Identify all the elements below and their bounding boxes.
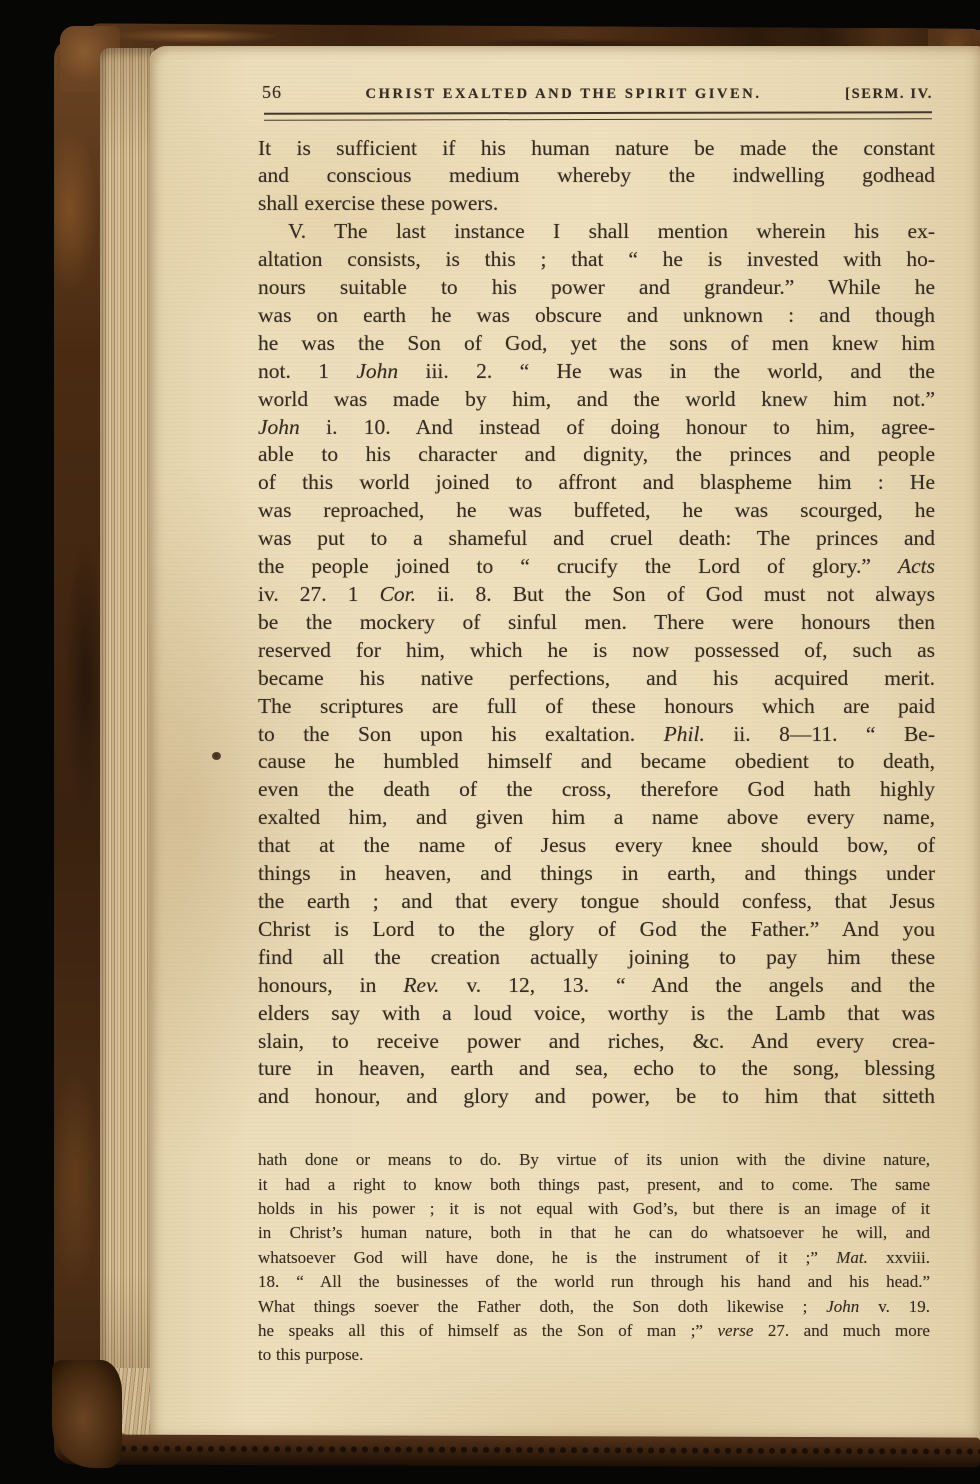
body-text-line: nours suitable to his power and grandeur… — [258, 274, 935, 302]
body-text-line: shall exercise these powers. — [258, 190, 935, 218]
body-text-line: It is sufficient if his human nature be … — [258, 135, 935, 163]
body-text-line: became his native perfections, and his a… — [258, 665, 935, 693]
body-text-line: the people joined to “ crucify the Lord … — [258, 553, 935, 581]
footnote-line: it had a right to know both things past,… — [258, 1173, 930, 1197]
body-text-line: be the mockery of sinful men. There were… — [258, 609, 935, 637]
body-text-line: was reproached, he was buffeted, he was … — [258, 497, 935, 525]
footnote-text: hath done or means to do. By virtue of i… — [258, 1148, 930, 1368]
body-text-line: was put to a shameful and cruel death: T… — [258, 525, 935, 553]
page-number: 56 — [262, 82, 282, 103]
footnote-line: in Christ’s human nature, both in that h… — [258, 1221, 930, 1245]
ink-spot — [212, 752, 221, 760]
book-cover-bottom-edge — [56, 1434, 980, 1467]
body-text-line: find all the creation actually joining t… — [258, 944, 935, 972]
body-text-line: altation consists, is this ; that “ he i… — [258, 246, 935, 274]
footnote-line: he speaks all this of himself as the Son… — [258, 1319, 930, 1343]
body-text-line: even the death of the cross, therefore G… — [258, 776, 935, 804]
page-fore-edges — [100, 48, 154, 1438]
footnote-line: whatsoever God will have done, he is the… — [258, 1246, 930, 1270]
body-text-line: the earth ; and that every tongue should… — [258, 888, 935, 916]
body-text-line: things in heaven, and things in earth, a… — [258, 860, 935, 888]
book-cover-left-edge — [54, 38, 106, 1462]
book-corner-bottom-left — [52, 1360, 122, 1468]
body-text-line: The scriptures are full of these honours… — [258, 693, 935, 721]
body-text-line: that at the name of Jesus every knee sho… — [258, 832, 935, 860]
body-text-line: ture in heaven, earth and sea, echo to t… — [258, 1055, 935, 1083]
body-text-line: honours, in Rev. v. 12, 13. “ And the an… — [258, 972, 935, 1000]
body-text-line: was on earth he was obscure and unknown … — [258, 302, 935, 330]
header-double-rule — [264, 111, 932, 120]
body-text-line: V. The last instance I shall mention whe… — [258, 218, 935, 246]
footnote-line: to this purpose. — [258, 1343, 930, 1367]
page-header: 56 CHRIST EXALTED AND THE SPIRIT GIVEN. … — [258, 82, 935, 103]
body-text-line: cause he humbled himself and became obed… — [258, 748, 935, 776]
sermon-body-text: It is sufficient if his human nature be … — [258, 135, 935, 1112]
running-header: CHRIST EXALTED AND THE SPIRIT GIVEN. — [282, 86, 845, 103]
body-text-line: able to his character and dignity, the p… — [258, 441, 935, 469]
body-text-line: reserved for him, which he is now posses… — [258, 637, 935, 665]
footnote-line: holds in his power ; it is not equal wit… — [258, 1197, 930, 1221]
printed-content: 56 CHRIST EXALTED AND THE SPIRIT GIVEN. … — [258, 82, 935, 1368]
body-text-line: John i. 10. And instead of doing honour … — [258, 414, 935, 442]
section-label: [SERM. IV. — [845, 86, 933, 103]
leather-tooling-dots — [96, 1443, 980, 1458]
body-text-line: exalted him, and given him a name above … — [258, 804, 935, 832]
body-text-line: elders say with a loud voice, worthy is … — [258, 1000, 935, 1028]
body-text-line: and honour, and glory and power, be to h… — [258, 1083, 935, 1111]
body-text-line: to the Son upon his exaltation. Phil. ii… — [258, 721, 935, 749]
body-text-line: not. 1 John iii. 2. “ He was in the worl… — [258, 358, 935, 386]
body-text-line: Christ is Lord to the glory of God the F… — [258, 916, 935, 944]
footnote-line: 18. “ All the businesses of the world ru… — [258, 1270, 930, 1294]
body-text-line: he was the Son of God, yet the sons of m… — [258, 330, 935, 358]
footnote-line: hath done or means to do. By virtue of i… — [258, 1148, 930, 1172]
book-page: 56 CHRIST EXALTED AND THE SPIRIT GIVEN. … — [150, 46, 980, 1440]
body-text-line: and conscious medium whereby the indwell… — [258, 162, 935, 190]
body-text-line: iv. 27. 1 Cor. ii. 8. But the Son of God… — [258, 581, 935, 609]
body-text-line: world was made by him, and the world kne… — [258, 386, 935, 414]
footnote-line: What things soever the Father doth, the … — [258, 1295, 930, 1319]
body-text-line: slain, to receive power and riches, &c. … — [258, 1028, 935, 1056]
photo-backdrop: { "document": { "page_number": "56", "ru… — [0, 0, 980, 1484]
body-text-line: of this world joined to affront and blas… — [258, 469, 935, 497]
